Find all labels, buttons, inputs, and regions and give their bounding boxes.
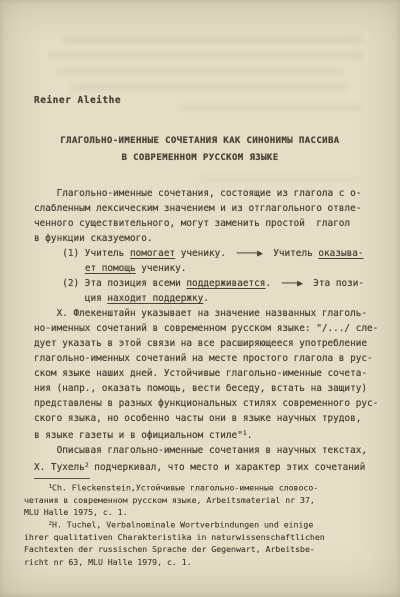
text-run: Ch. Fleckenstein,Устойчивые глагольно-им… xyxy=(52,482,318,492)
text-run: (1) Учитель xyxy=(34,248,130,259)
text-run xyxy=(34,263,85,274)
text-line: в языке газеты и в официальном стиле"1. xyxy=(34,426,380,443)
paragraph-fleckenstein: Х. Флекенштайн указывает на значение наз… xyxy=(34,306,380,443)
text-line: Fachtexten der russischen Sprache der Ge… xyxy=(24,543,388,555)
text-run: Эта пози- xyxy=(308,278,364,289)
text-line: в функции сказуемого. xyxy=(34,231,380,246)
text-run: richt nr 63, MLU Halle 1979, с. 1. xyxy=(24,557,192,567)
paragraph-intro: Глагольно-именные сочетания, состоящие и… xyxy=(34,186,380,246)
body-text: Глагольно-именные сочетания, состоящие и… xyxy=(34,186,380,475)
rightwards-arrow: ────▶ xyxy=(232,248,268,259)
text-run: ученику. xyxy=(136,263,187,274)
text-line: 1Ch. Fleckenstein,Устойчивые глагольно-и… xyxy=(24,481,388,494)
text-run: подчеркивал, что место и характер этих с… xyxy=(89,462,366,473)
text-line: ция находит поддержку. xyxy=(34,291,380,306)
text-run xyxy=(24,520,49,530)
text-line: Глагольно-именные сочетания, состоящие и… xyxy=(34,186,380,201)
author-name: Reiner Aleithe xyxy=(34,93,400,108)
underlined-phrase: ет помощь xyxy=(85,263,136,274)
title-line-1: ГЛАГОЛЬНО-ИМЕННЫЕ СОЧЕТАНИЯ КАК СИНОНИМЫ… xyxy=(0,133,400,150)
rightwards-arrow: ───▶ xyxy=(277,278,308,289)
footnote-2: 2H. Tuchel, Verbalnominale Wortverbindun… xyxy=(24,518,388,568)
footnote-separator xyxy=(34,478,90,479)
text-run: четания в современном русском языке, Arb… xyxy=(24,495,315,505)
text-line: richt nr 63, MLU Halle 1979, с. 1. xyxy=(24,556,388,568)
footnote-1: 1Ch. Fleckenstein,Устойчивые глагольно-и… xyxy=(24,481,388,518)
text-run: ученику. xyxy=(175,248,231,259)
text-run: (2) Эта позиция всеми xyxy=(34,278,186,289)
text-line: глагольно-именных сочетаний на месте про… xyxy=(34,351,380,366)
underlined-phrase: поддерживается xyxy=(186,278,265,289)
text-run: но-именных сочетаний в современном русск… xyxy=(34,323,378,334)
text-line: (2) Эта позиция всеми поддерживается. ──… xyxy=(34,276,380,291)
text-run: ском языке наших дней. Устойчивые глагол… xyxy=(34,368,367,379)
text-line: ском языке наших дней. Устойчивые глагол… xyxy=(34,366,380,381)
examples: (1) Учитель помогает ученику. ────▶ Учит… xyxy=(34,246,380,306)
text-run: в функции сказуемого. xyxy=(34,233,153,244)
underlined-phrase: оказыва- xyxy=(318,248,363,259)
text-line: слабленным лексическим значением и из от… xyxy=(34,201,380,216)
text-run: Х. Флекенштайн указывает на значение наз… xyxy=(34,308,367,319)
text-line: (1) Учитель помогает ученику. ────▶ Учит… xyxy=(34,246,380,261)
text-run: в языке газеты и в официальном стиле" xyxy=(34,430,243,441)
text-run: MLU Halle 1975, с. 1. xyxy=(24,507,128,517)
text-run: ция xyxy=(34,293,107,304)
text-run: . xyxy=(203,293,209,304)
text-line: MLU Halle 1975, с. 1. xyxy=(24,506,388,518)
text-run xyxy=(24,482,49,492)
text-run: ihrer qualitativen Charakteristika in na… xyxy=(24,532,325,542)
text-line: 2H. Tuchel, Verbalnominale Wortverbindun… xyxy=(24,518,388,531)
bleed-through-artifact xyxy=(48,52,364,59)
text-run: слабленным лексическим значением и из от… xyxy=(34,203,361,214)
bleed-through-artifact xyxy=(55,68,345,75)
footnotes: 1Ch. Fleckenstein,Устойчивые глагольно-и… xyxy=(24,481,388,568)
text-run: ченного существительного, могут заменить… xyxy=(34,218,350,229)
underlined-phrase: находит поддержку xyxy=(107,293,203,304)
text-line: ского языка, но особенно часты они в язы… xyxy=(34,411,380,426)
text-run: . xyxy=(265,278,276,289)
text-run: дует указать в этой связи на все расширя… xyxy=(34,338,367,349)
text-run: Учитель xyxy=(268,248,319,259)
text-run: H. Tuchel, Verbalnominale Wortverbindung… xyxy=(52,520,313,530)
text-line: Описывая глагольно-именные сочетания в н… xyxy=(34,443,380,458)
text-run: Fachtexten der russischen Sprache der Ge… xyxy=(24,544,315,554)
text-line: четания в современном русском языке, Arb… xyxy=(24,494,388,506)
page-title: ГЛАГОЛЬНО-ИМЕННЫЕ СОЧЕТАНИЯ КАК СИНОНИМЫ… xyxy=(0,133,400,167)
underlined-phrase: помогает xyxy=(130,248,175,259)
text-run: представлены в разных функциональных сти… xyxy=(34,398,378,409)
bleed-through-artifact xyxy=(70,84,350,91)
text-line: дует указать в этой связи на все расширя… xyxy=(34,336,380,351)
text-line: ет помощь ученику. xyxy=(34,261,380,276)
text-run: Глагольно-именные сочетания, состоящие и… xyxy=(34,188,361,199)
paragraph-tuchel: Описывая глагольно-именные сочетания в н… xyxy=(34,443,380,475)
text-run: ского языка, но особенно часты они в язы… xyxy=(34,413,361,424)
text-run: Описывая глагольно-именные сочетания в н… xyxy=(34,445,367,456)
scanned-page: Reiner Aleithe ГЛАГОЛЬНО-ИМЕННЫЕ СОЧЕТАН… xyxy=(0,0,400,597)
page-content: Reiner Aleithe ГЛАГОЛЬНО-ИМЕННЫЕ СОЧЕТАН… xyxy=(0,93,400,568)
text-line: но-именных сочетаний в современном русск… xyxy=(34,321,380,336)
text-line: представлены в разных функциональных сти… xyxy=(34,396,380,411)
text-run: . xyxy=(247,430,253,441)
title-line-2: В СОВРЕМЕННОМ РУССКОМ ЯЗЫКЕ xyxy=(0,150,400,167)
text-line: ченного существительного, могут заменить… xyxy=(34,216,380,231)
text-line: ihrer qualitativen Charakteristika in na… xyxy=(24,531,388,543)
text-line: Х. Тухель2 подчеркивал, что место и хара… xyxy=(34,458,380,475)
text-run: Х. Тухель xyxy=(34,462,85,473)
text-run: глагольно-именных сочетаний на месте про… xyxy=(34,353,373,364)
bleed-through-artifact xyxy=(62,36,362,43)
text-line: ния (напр., оказать помощь, вести беседу… xyxy=(34,381,380,396)
text-line: Х. Флекенштайн указывает на значение наз… xyxy=(34,306,380,321)
text-run: ния (напр., оказать помощь, вести беседу… xyxy=(34,383,367,394)
